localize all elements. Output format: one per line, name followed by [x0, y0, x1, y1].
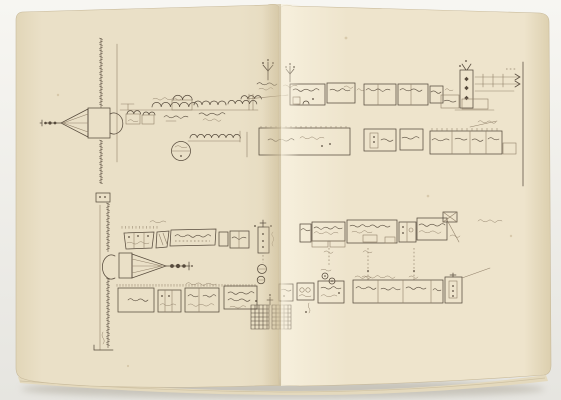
foxing-spot [510, 235, 512, 237]
mark-dot [324, 275, 326, 277]
mark-dot [452, 290, 454, 292]
foxing-spot [427, 195, 430, 198]
mark-dot [338, 292, 340, 294]
mark-dot [367, 270, 369, 272]
mark-dot [402, 232, 404, 234]
mark-dot [99, 196, 101, 198]
book-photo [0, 0, 561, 400]
mark-dot [452, 295, 454, 297]
right-page [281, 5, 551, 386]
mark-dot [104, 196, 106, 198]
emblem-dot [180, 155, 182, 157]
finial-orb [170, 264, 174, 268]
mark-dot [137, 235, 139, 237]
mark-dot [373, 141, 375, 143]
foxing-spot [345, 37, 348, 40]
photo-stage [0, 0, 561, 400]
mark-dot [329, 143, 331, 145]
mark-dot [254, 225, 256, 227]
mark-dot [413, 270, 415, 272]
mark-dot [452, 285, 454, 287]
fold-shadow [262, 4, 281, 386]
mark-dot [373, 136, 375, 138]
mark-dot [168, 295, 170, 297]
finial-orb [54, 122, 57, 125]
mark-dot [312, 98, 314, 100]
foxing-spot [127, 365, 129, 367]
tower-dot [459, 65, 461, 67]
mark-dot [161, 295, 163, 297]
mark-dot [305, 311, 307, 313]
fold-highlight [281, 4, 299, 386]
tower-dot [465, 60, 467, 62]
foxing-spot [57, 94, 59, 96]
finial-dot [191, 265, 193, 267]
mark-dot [402, 226, 404, 228]
finial-orb [182, 264, 186, 268]
mark-dot [128, 236, 130, 238]
left-page [16, 4, 279, 387]
mark-dot [147, 235, 149, 237]
finial-orb [176, 264, 180, 268]
finial-orb [44, 122, 47, 125]
mark-dot [321, 145, 323, 147]
finial-orb [48, 121, 51, 124]
